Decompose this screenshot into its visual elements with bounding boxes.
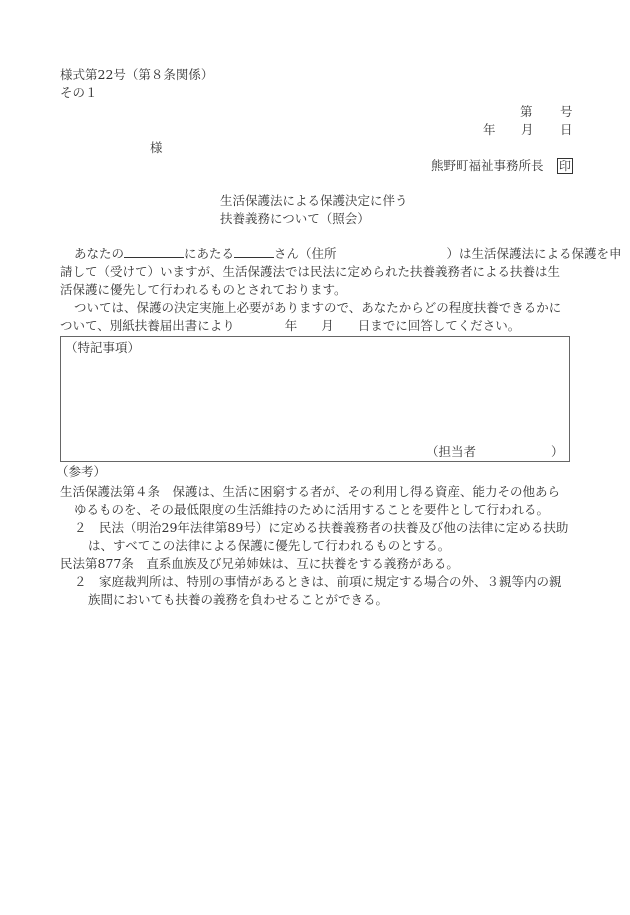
reference-line: 族間においても扶養の義務を負わせることができる。 xyxy=(88,591,388,609)
title-line-1: 生活保護法による保護決定に伴う xyxy=(220,192,408,210)
text-day-reply: 日までに回答してください。 xyxy=(358,318,521,333)
special-notes-label: （特記事項） xyxy=(65,339,140,357)
title-line-2: 扶養義務について（照会） xyxy=(220,210,370,228)
reference-label: （参考） xyxy=(56,463,106,481)
date-year: 年 xyxy=(483,121,496,139)
seal-mark: 印 xyxy=(557,157,573,175)
staff-close: ） xyxy=(551,443,564,461)
staff-open: （担当者 xyxy=(426,443,476,461)
reference-line: 生活保護法第４条 保護は、生活に困窮する者が、その利用し得る資産、能力その他あら xyxy=(60,483,560,501)
special-notes-box[interactable]: （特記事項） （担当者 ） xyxy=(60,336,570,462)
sender-name: 熊野町福祉事務所長 xyxy=(431,157,544,175)
body-paragraph-1-line-3: 活保護に優先して行われるものとされております。 xyxy=(60,281,347,299)
text-niataru: にあたる xyxy=(184,246,234,261)
text-anatano: あなたの xyxy=(74,246,124,261)
body-paragraph-2-line-1: ついては、保護の決定実施上必要がありますので、あなたからどの程度扶養できるかに xyxy=(74,299,561,317)
reference-line: ゆるものを、その最低限度の生活維持のために活用することを要件として行われる。 xyxy=(74,501,549,519)
reference-line: 民法第877条 直系血族及び兄弟姉妹は、互に扶養をする義務がある。 xyxy=(60,555,459,573)
body-paragraph-2-line-2: ついて、別紙扶養届出書により年月日までに回答してください。 xyxy=(60,317,520,335)
recipient-suffix: 様 xyxy=(150,139,163,157)
reference-line: は、すべてこの法律による保護に優先して行われるものとする。 xyxy=(88,537,450,555)
doc-number-prefix: 第 xyxy=(520,103,533,121)
relationship-blank[interactable] xyxy=(124,245,184,258)
reference-line: ２ 家庭裁判所は、特別の事情があるときは、前項に規定する場合の外、３親等内の親 xyxy=(74,573,562,591)
reference-line: ２ 民法（明治29年法律第89号）に定める扶養義務者の扶養及び他の法律に定める扶… xyxy=(74,519,568,537)
date-day: 日 xyxy=(560,121,573,139)
text-year: 年 xyxy=(285,318,298,333)
sub-number: その１ xyxy=(60,84,98,102)
body-paragraph-1-line-2: 請して（受けて）いますが、生活保護法では民法に定められた扶養義務者による扶養は生 xyxy=(60,263,560,281)
name-blank[interactable] xyxy=(234,245,274,258)
text-receiving-protection: ）は生活保護法による保護を申 xyxy=(447,246,622,261)
text-san-address: さん（住所 xyxy=(274,246,337,261)
body-paragraph-1-line-1: あなたのにあたるさん（住所）は生活保護法による保護を申 xyxy=(74,245,622,263)
text-month: 月 xyxy=(321,318,334,333)
seal-icon: 印 xyxy=(557,158,573,174)
date-month: 月 xyxy=(521,121,534,139)
form-number: 様式第22号（第８条関係） xyxy=(60,66,213,84)
text-reply-by: ついて、別紙扶養届出書により xyxy=(60,318,235,333)
doc-number-suffix: 号 xyxy=(560,103,573,121)
